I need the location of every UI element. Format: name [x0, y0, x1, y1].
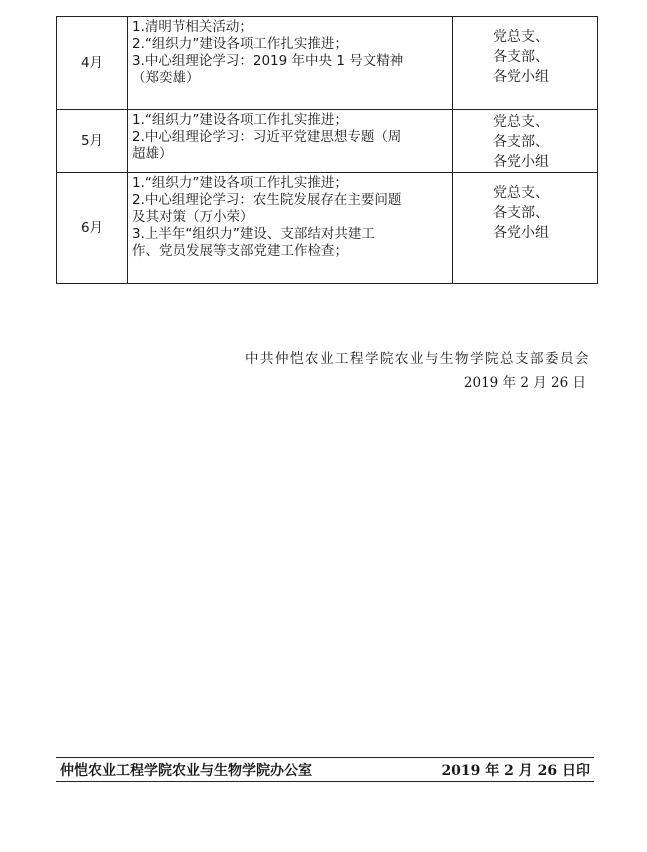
responsible-cell: 党总支、 各支部、 各党小组 [453, 173, 598, 284]
content-line: 作、党员发展等支部党建工作检查； [132, 243, 448, 260]
content-line: 超雄） [132, 146, 448, 163]
content-line: 3.中心组理论学习：2019 年中央 1 号文精神 [132, 53, 448, 70]
footer-office: 仲恺农业工程学院农业与生物学院办公室 [60, 760, 312, 780]
responsible-cell: 党总支、 各支部、 各党小组 [453, 110, 598, 173]
responsible-cell: 党总支、 各支部、 各党小组 [453, 17, 598, 110]
content-line: 1.“组织力”建设各项工作扎实推进； [132, 175, 448, 192]
content-line: 1.“组织力”建设各项工作扎实推进； [132, 112, 448, 129]
footer-print-date: 2019 年 2 月 26 日印 [441, 760, 590, 780]
responsible-line: 各党小组 [453, 67, 597, 87]
responsible-line: 各支部、 [453, 47, 597, 67]
signature-date: 2019 年 2 月 26 日 [245, 371, 586, 395]
responsible-line: 党总支、 [453, 183, 597, 203]
signature-block: 中共仲恺农业工程学院农业与生物学院总支部委员会 2019 年 2 月 26 日 [245, 347, 590, 395]
content-line: 2.中心组理论学习：农生院发展存在主要问题 [132, 192, 448, 209]
signature-organization: 中共仲恺农业工程学院农业与生物学院总支部委员会 [245, 347, 590, 371]
content-line: 3.上半年“组织力”建设、支部结对共建工 [132, 226, 448, 243]
work-plan-table: 4月 1.清明节相关活动； 2.“组织力”建设各项工作扎实推进； 3.中心组理论… [56, 16, 598, 284]
responsible-line: 各支部、 [453, 132, 597, 152]
content-cell: 1.清明节相关活动； 2.“组织力”建设各项工作扎实推进； 3.中心组理论学习：… [128, 17, 453, 110]
document-footer: 仲恺农业工程学院农业与生物学院办公室 2019 年 2 月 26 日印 [56, 757, 594, 782]
content-cell: 1.“组织力”建设各项工作扎实推进； 2.中心组理论学习：农生院发展存在主要问题… [128, 173, 453, 284]
table-row: 6月 1.“组织力”建设各项工作扎实推进； 2.中心组理论学习：农生院发展存在主… [57, 173, 598, 284]
month-cell: 6月 [57, 173, 128, 284]
responsible-line: 党总支、 [453, 27, 597, 47]
content-line: 2.“组织力”建设各项工作扎实推进； [132, 36, 448, 53]
content-line: 及其对策（万小荣） [132, 209, 448, 226]
responsible-line: 各党小组 [453, 152, 597, 172]
responsible-line: 党总支、 [453, 112, 597, 132]
content-line: 1.清明节相关活动； [132, 19, 448, 36]
responsible-line: 各支部、 [453, 203, 597, 223]
content-line: （郑奕雄） [132, 70, 448, 87]
content-cell: 1.“组织力”建设各项工作扎实推进； 2.中心组理论学习：习近平党建思想专题（周… [128, 110, 453, 173]
responsible-line: 各党小组 [453, 223, 597, 243]
content-line: 2.中心组理论学习：习近平党建思想专题（周 [132, 129, 448, 146]
month-cell: 4月 [57, 17, 128, 110]
table-row: 5月 1.“组织力”建设各项工作扎实推进； 2.中心组理论学习：习近平党建思想专… [57, 110, 598, 173]
month-cell: 5月 [57, 110, 128, 173]
table-row: 4月 1.清明节相关活动； 2.“组织力”建设各项工作扎实推进； 3.中心组理论… [57, 17, 598, 110]
